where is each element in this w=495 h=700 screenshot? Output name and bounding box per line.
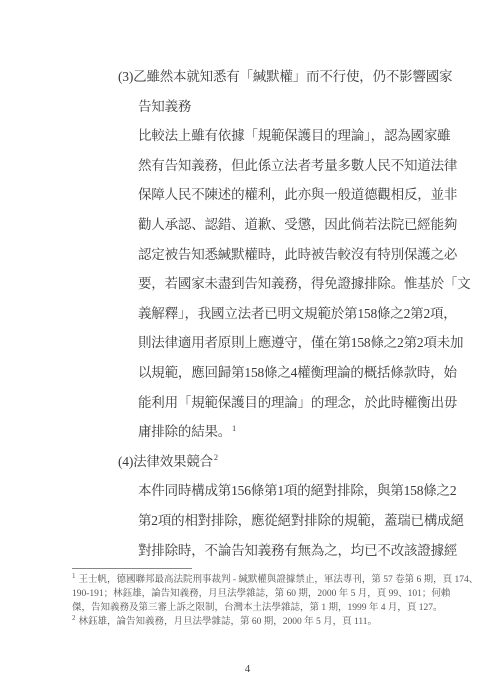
- body-line-text: 能利用「規範保護目的理論」的理念，於此時權衡出毋: [138, 395, 457, 410]
- body-line: (3)乙雖然本就知悉有「緘默權」而不行使，仍不影響國家: [118, 62, 469, 92]
- footnote-text: 傑，告知義務及第三審上訴之限制，台灣本土法學雜誌，第 1 期，1999 年 4 …: [72, 603, 443, 613]
- body-line-text: 然有告知義務，但此係立法者考量多數人民不知道法律: [138, 158, 457, 173]
- body-line: 比較法上雖有依據「規範保護目的理論」，認為國家雖: [138, 121, 469, 151]
- footnote-text: 林鈺雄，論告知義務，月旦法學雜誌，第 60 期，2000 年 5 月，頁 111…: [79, 617, 378, 627]
- body-line-text: 比較法上雖有依據「規範保護目的理論」，認為國家雖: [138, 128, 450, 143]
- footnote-line: 190-191；林鈺雄，論告知義務，月旦法學雜誌，第 60 期，2000 年 5…: [72, 587, 470, 601]
- body-line: (4)法律效果競合2: [118, 447, 469, 477]
- footnote-reference-mark: 2: [214, 453, 218, 462]
- footnote-reference-mark: 1: [232, 424, 236, 433]
- body-line-text: 本件同時構成第156條第1項的絕對排除，與第158條之2: [138, 483, 456, 498]
- body-line: 要，若國家未盡到告知義務，得免證據排除。惟基於「文: [138, 269, 469, 299]
- body-line: 則法律適用者原則上應遵守，僅在第158條之2第2項未加: [138, 328, 469, 358]
- footnote-line: 傑，告知義務及第三審上訴之限制，台灣本土法學雜誌，第 1 期，1999 年 4 …: [72, 601, 470, 615]
- footnote-line: 1王士帆，德國聯邦最高法院刑事裁判 - 緘默權與證據禁止，軍法專刊，第 57 卷…: [72, 573, 470, 587]
- page-number: 4: [0, 663, 495, 675]
- footnotes-section: 1王士帆，德國聯邦最高法院刑事裁判 - 緘默權與證據禁止，軍法專刊，第 57 卷…: [72, 568, 470, 629]
- body-line-text: 勸人承認、認錯、道歉、受懲，因此倘若法院已經能夠: [138, 217, 457, 232]
- footnote-lines: 1王士帆，德國聯邦最高法院刑事裁判 - 緘默權與證據禁止，軍法專刊，第 57 卷…: [72, 573, 470, 629]
- footnote-number: 1: [72, 572, 76, 580]
- body-line-text: 告知義務: [138, 99, 191, 114]
- footnote-separator-rule: [72, 568, 192, 569]
- body-line: 以規範，應回歸第158條之4權衡理論的概括條款時，始: [138, 358, 469, 388]
- body-line: 告知義務: [138, 92, 469, 122]
- body-line-text: 以規範，應回歸第158條之4權衡理論的概括條款時，始: [138, 365, 457, 380]
- body-line: 義解釋」，我國立法者已明文規範於第158條之2第2項，: [138, 299, 469, 329]
- document-page: (3)乙雖然本就知悉有「緘默權」而不行使，仍不影響國家告知義務比較法上雖有依據「…: [0, 0, 495, 700]
- footnote-text: 王士帆，德國聯邦最高法院刑事裁判 - 緘默權與證據禁止，軍法專刊，第 57 卷第…: [79, 575, 479, 585]
- body-line: 第2項的相對排除，應從絕對排除的規範，蓋瑞已構成絕: [138, 506, 469, 536]
- body-line-text: 義解釋」，我國立法者已明文規範於第158條之2第2項，: [138, 306, 457, 321]
- body-line-text: 庸排除的結果。: [138, 424, 231, 439]
- body-line: 勸人承認、認錯、道歉、受懲，因此倘若法院已經能夠: [138, 210, 469, 240]
- body-line-text: 認定被告知悉緘默權時，此時被告較沒有特別保護之必: [138, 247, 457, 262]
- footnote-number: 2: [72, 614, 76, 622]
- body-line-text: 保障人民不陳述的權利，此亦與一般道德觀相反，並非: [138, 187, 457, 202]
- body-line-text: (3)乙雖然本就知悉有「緘默權」而不行使，仍不影響國家: [118, 69, 452, 84]
- body-line-text: (4)法律效果競合: [118, 454, 213, 469]
- body-line: 對排除時，不論告知義務有無為之，均已不改該證據經: [138, 536, 469, 566]
- body-line-text: 對排除時，不論告知義務有無為之，均已不改該證據經: [138, 543, 457, 558]
- body-line: 本件同時構成第156條第1項的絕對排除，與第158條之2: [138, 476, 469, 506]
- body-line-text: 則法律適用者原則上應遵守，僅在第158條之2第2項未加: [138, 335, 463, 350]
- footnote-line: 2林鈺雄，論告知義務，月旦法學雜誌，第 60 期，2000 年 5 月，頁 11…: [72, 615, 470, 629]
- footnote-text: 190-191；林鈺雄，論告知義務，月旦法學雜誌，第 60 期，2000 年 5…: [72, 589, 450, 599]
- body-line-text: 第2項的相對排除，應從絕對排除的規範，蓋瑞已構成絕: [138, 513, 464, 528]
- body-line: 然有告知義務，但此係立法者考量多數人民不知道法律: [138, 151, 469, 181]
- body-line: 能利用「規範保護目的理論」的理念，於此時權衡出毋: [138, 388, 469, 418]
- body-line: 庸排除的結果。1: [138, 417, 469, 447]
- body-line: 保障人民不陳述的權利，此亦與一般道德觀相反，並非: [138, 180, 469, 210]
- body-line-text: 要，若國家未盡到告知義務，得免證據排除。惟基於「文: [138, 276, 471, 291]
- body-text: (3)乙雖然本就知悉有「緘默權」而不行使，仍不影響國家告知義務比較法上雖有依據「…: [118, 62, 469, 565]
- body-line: 認定被告知悉緘默權時，此時被告較沒有特別保護之必: [138, 240, 469, 270]
